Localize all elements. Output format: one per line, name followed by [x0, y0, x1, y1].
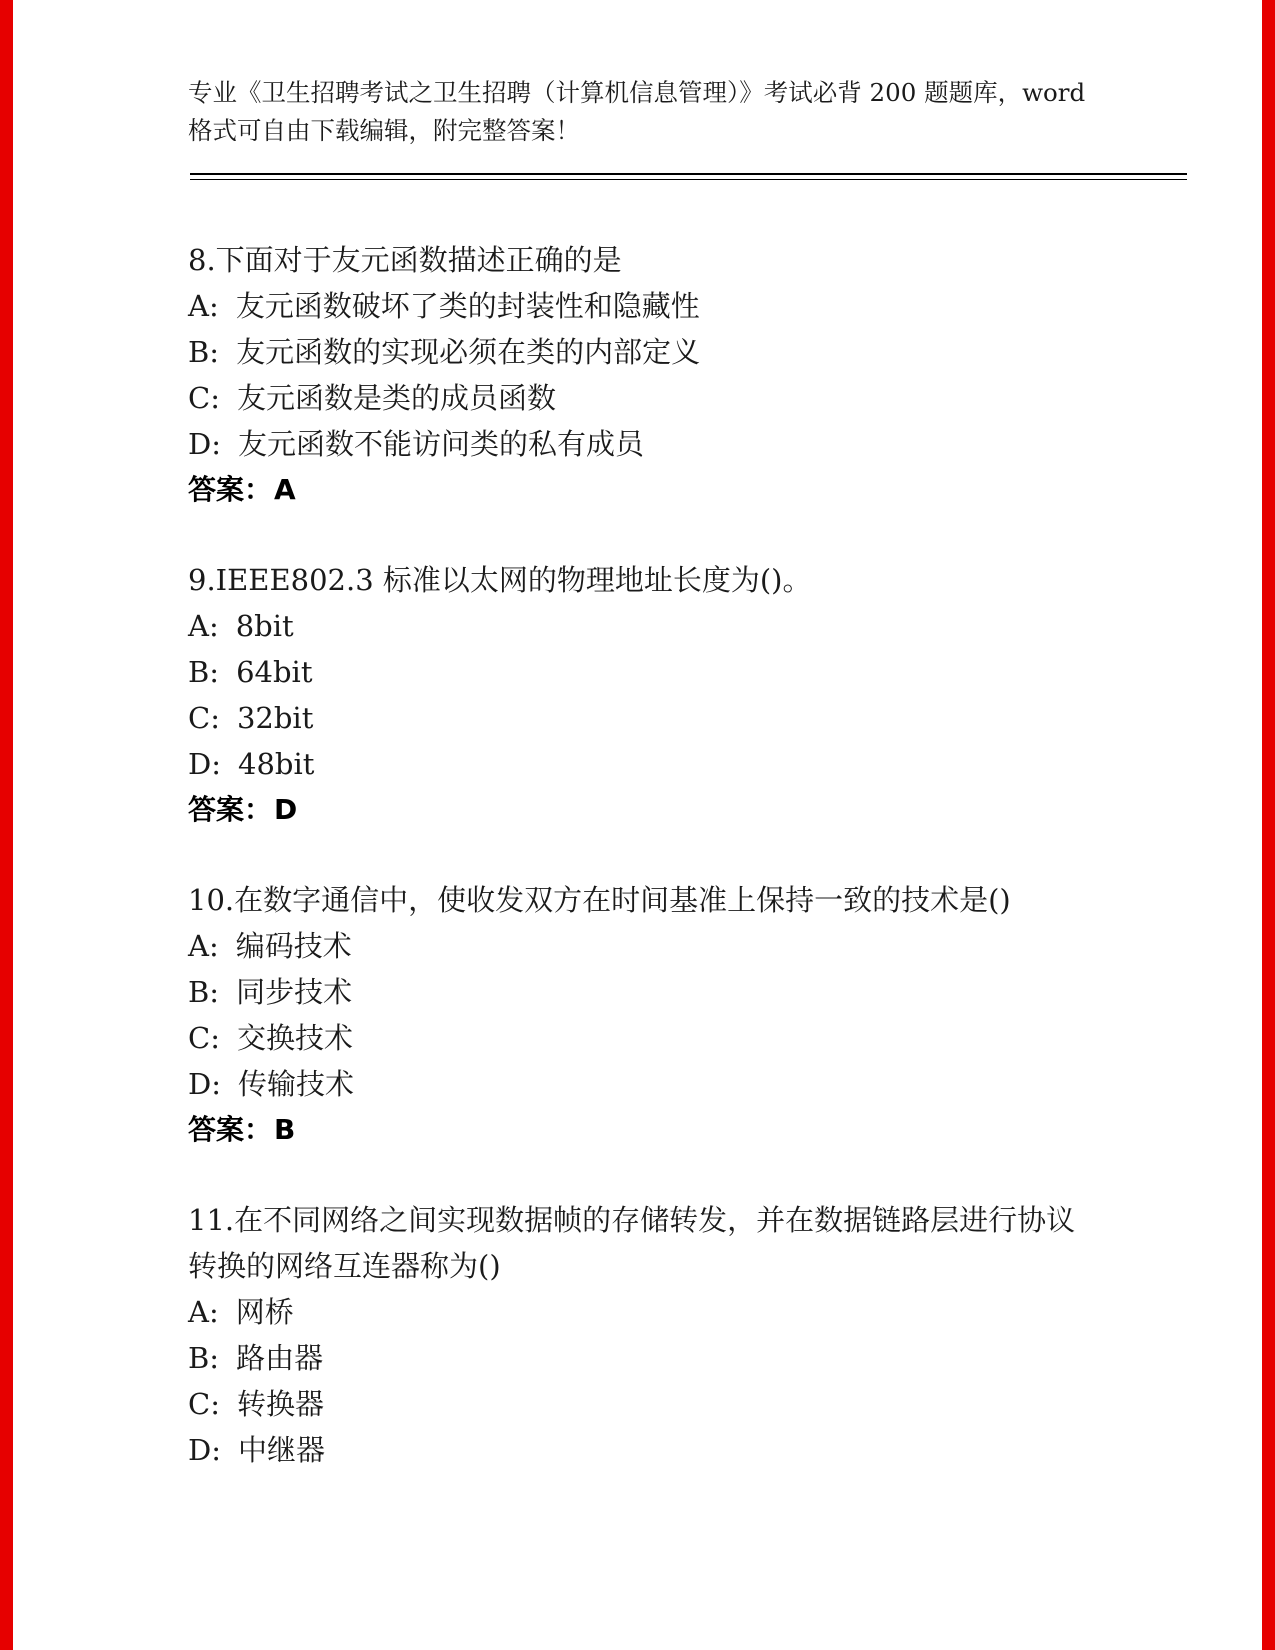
answer-label: 答案： — [188, 1113, 272, 1146]
option-line: A:网桥 — [188, 1289, 1198, 1335]
option-label: D: — [188, 1427, 221, 1473]
option-line: B:64bit — [188, 649, 1198, 695]
option-text: 8bit — [236, 609, 294, 643]
right-edge-bar — [1262, 0, 1275, 1650]
option-line: D:传输技术 — [188, 1061, 1198, 1107]
option-line: D:48bit — [188, 741, 1198, 787]
question-block: 10.在数字通信中，使收发双方在时间基准上保持一致的技术是()A:编码技术B:同… — [188, 877, 1198, 1153]
option-line: C:转换器 — [188, 1381, 1198, 1427]
option-text: 编码技术 — [236, 929, 352, 963]
option-label: C: — [188, 1015, 220, 1061]
option-line: A:编码技术 — [188, 923, 1198, 969]
option-line: B:友元函数的实现必须在类的内部定义 — [188, 329, 1198, 375]
option-text: 32bit — [237, 701, 313, 735]
question-title: 8.下面对于友元函数描述正确的是 — [188, 237, 1198, 283]
question-title: 11.在不同网络之间实现数据帧的存储转发，并在数据链路层进行协议 — [188, 1197, 1198, 1243]
option-text: 友元函数不能访问类的私有成员 — [238, 427, 644, 461]
option-text: 网桥 — [236, 1295, 294, 1329]
option-text: 友元函数是类的成员函数 — [237, 381, 556, 415]
answer-line: 答案：B — [188, 1107, 1198, 1153]
question-block: 8.下面对于友元函数描述正确的是A:友元函数破坏了类的封装性和隐藏性B:友元函数… — [188, 237, 1198, 513]
header-text-line-1: 专业《卫生招聘考试之卫生招聘（计算机信息管理）》考试必背 200 题题库，wor… — [188, 74, 1128, 112]
option-line: B:路由器 — [188, 1335, 1198, 1381]
option-label: A: — [188, 1289, 219, 1335]
option-label: B: — [188, 649, 219, 695]
header-text-line-2: 格式可自由下载编辑，附完整答案！ — [188, 112, 1128, 150]
document-page: 专业《卫生招聘考试之卫生招聘（计算机信息管理）》考试必背 200 题题库，wor… — [0, 0, 1275, 1650]
left-edge-bar — [0, 0, 13, 1650]
answer-line: 答案：D — [188, 787, 1198, 833]
option-text: 友元函数破坏了类的封装性和隐藏性 — [236, 289, 700, 323]
option-text: 路由器 — [236, 1341, 323, 1375]
option-text: 转换器 — [237, 1387, 324, 1421]
question-title: 转换的网络互连器称为() — [188, 1243, 1198, 1289]
option-line: C:友元函数是类的成员函数 — [188, 375, 1198, 421]
page-header: 专业《卫生招聘考试之卫生招聘（计算机信息管理）》考试必背 200 题题库，wor… — [188, 74, 1128, 150]
option-line: C:32bit — [188, 695, 1198, 741]
option-label: A: — [188, 283, 219, 329]
answer-label: 答案： — [188, 473, 272, 506]
option-text: 64bit — [236, 655, 312, 689]
option-label: B: — [188, 969, 219, 1015]
question-block: 11.在不同网络之间实现数据帧的存储转发，并在数据链路层进行协议转换的网络互连器… — [188, 1197, 1198, 1473]
option-text: 传输技术 — [238, 1067, 354, 1101]
option-label: B: — [188, 329, 219, 375]
option-line: D:友元函数不能访问类的私有成员 — [188, 421, 1198, 467]
answer-value: B — [274, 1113, 295, 1146]
option-text: 交换技术 — [237, 1021, 353, 1055]
option-label: C: — [188, 695, 220, 741]
option-line: C:交换技术 — [188, 1015, 1198, 1061]
option-line: D:中继器 — [188, 1427, 1198, 1473]
option-line: B:同步技术 — [188, 969, 1198, 1015]
answer-label: 答案： — [188, 793, 272, 826]
option-label: C: — [188, 1381, 220, 1427]
option-text: 48bit — [238, 747, 314, 781]
option-label: A: — [188, 923, 219, 969]
option-text: 中继器 — [238, 1433, 325, 1467]
option-label: A: — [188, 603, 219, 649]
option-label: C: — [188, 375, 220, 421]
option-line: A:友元函数破坏了类的封装性和隐藏性 — [188, 283, 1198, 329]
question-title: 9.IEEE802.3 标准以太网的物理地址长度为()。 — [188, 557, 1198, 603]
question-block: 9.IEEE802.3 标准以太网的物理地址长度为()。A:8bitB:64bi… — [188, 557, 1198, 833]
option-label: B: — [188, 1335, 219, 1381]
option-label: D: — [188, 421, 221, 467]
answer-value: A — [274, 473, 296, 506]
option-text: 友元函数的实现必须在类的内部定义 — [236, 335, 700, 369]
option-text: 同步技术 — [236, 975, 352, 1009]
option-label: D: — [188, 1061, 221, 1107]
double-rule-separator — [190, 173, 1187, 180]
answer-value: D — [274, 793, 297, 826]
answer-line: 答案：A — [188, 467, 1198, 513]
option-label: D: — [188, 741, 221, 787]
option-line: A:8bit — [188, 603, 1198, 649]
question-title: 10.在数字通信中，使收发双方在时间基准上保持一致的技术是() — [188, 877, 1198, 923]
